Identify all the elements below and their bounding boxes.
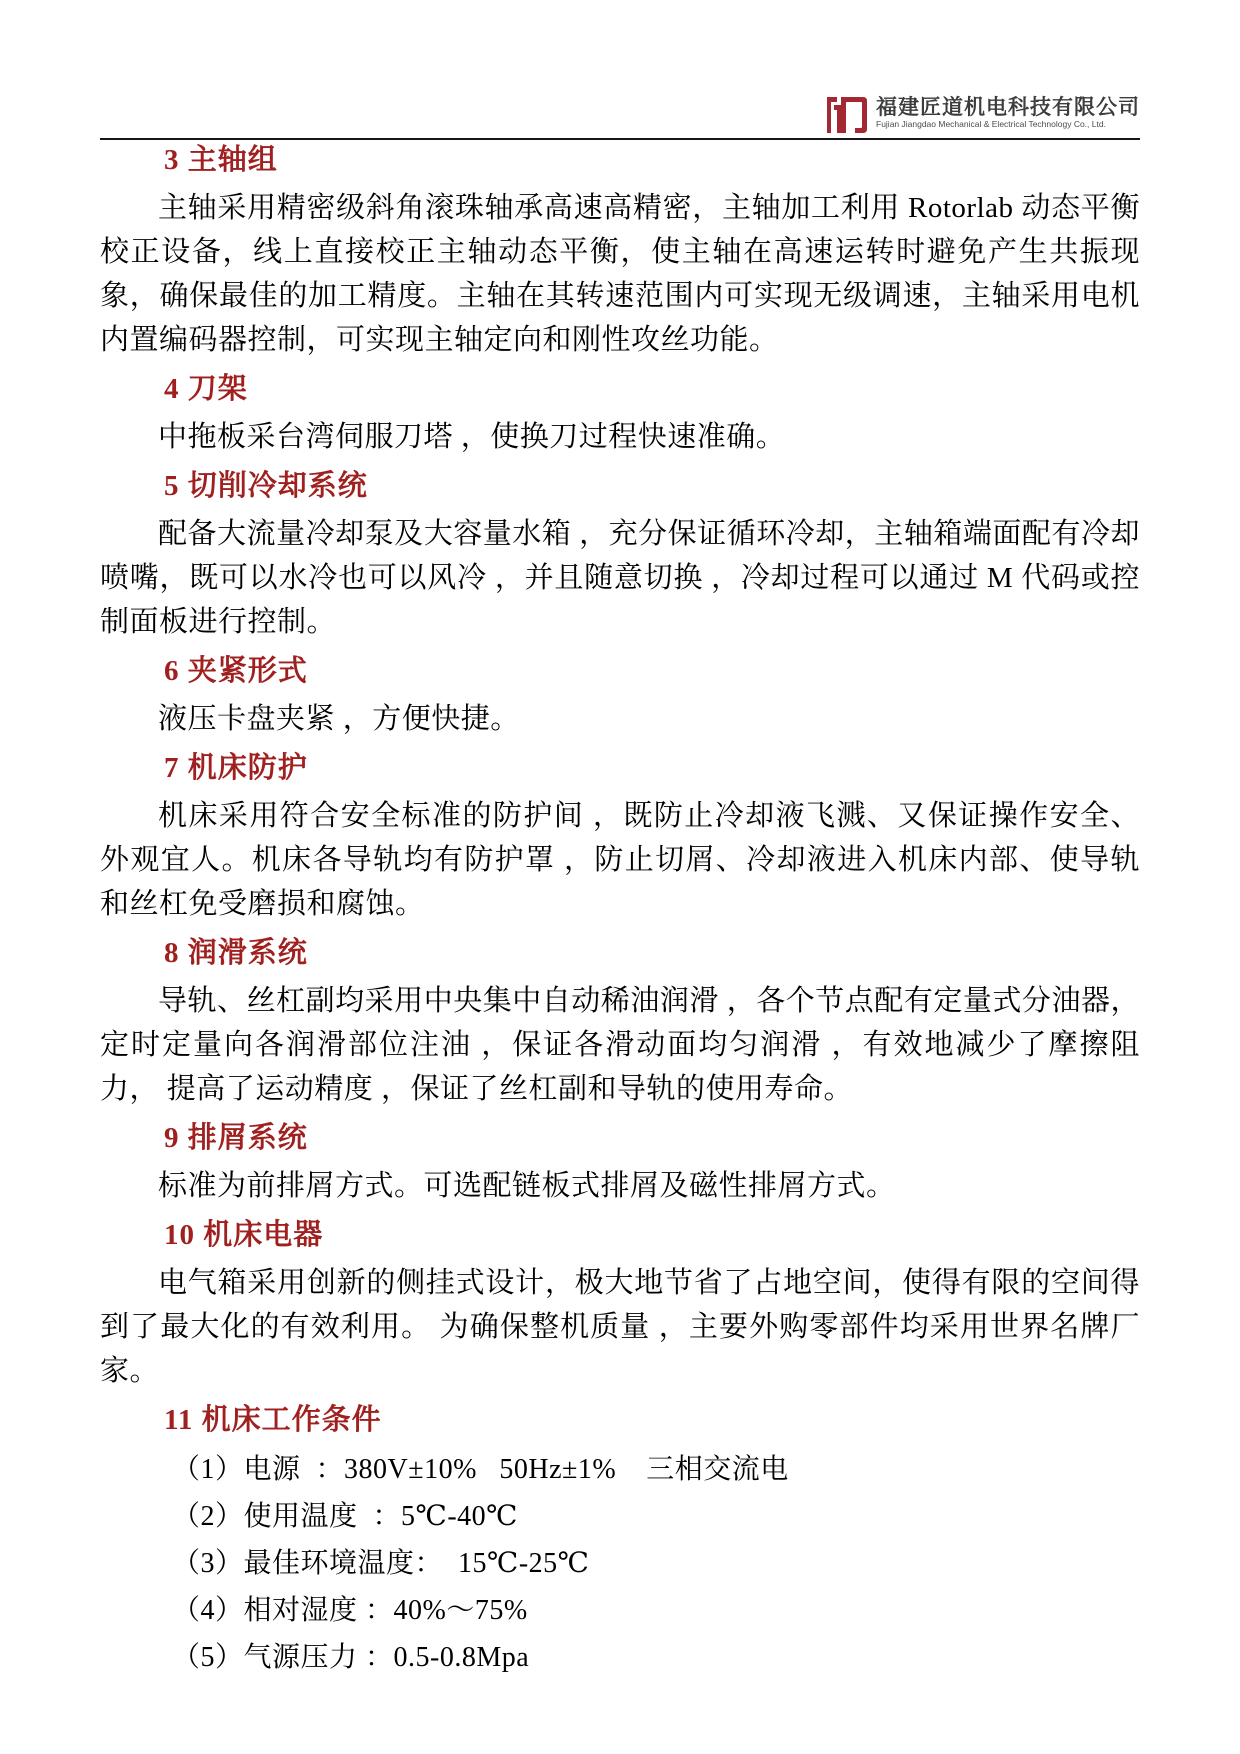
document-page: 福建匠道机电科技有限公司 Fujian Jiangdao Mechanical … <box>0 0 1240 1754</box>
section-heading: 9 排屑系统 <box>164 1123 1140 1153</box>
section-heading: 3 主轴组 <box>164 145 1140 175</box>
company-logo: 福建匠道机电科技有限公司 Fujian Jiangdao Mechanical … <box>817 93 1140 133</box>
document-body: 3 主轴组 主轴采用精密级斜角滚珠轴承高速高精密，主轴加工利用 Rotorlab… <box>100 145 1140 1681</box>
section-heading: 6 夹紧形式 <box>164 656 1140 686</box>
condition-item-best-ambient-temperature: （3）最佳环境温度： 15℃-25℃ <box>172 1540 1140 1587</box>
company-logo-text: 福建匠道机电科技有限公司 Fujian Jiangdao Mechanical … <box>876 97 1140 129</box>
section-7-machine-guarding: 7 机床防护 机床采用符合安全标准的防护间 ，既防止冷却液飞溅、又保证操作安全、… <box>100 753 1140 926</box>
section-paragraph: 电气箱采用创新的侧挂式设计，极大地节省了占地空间，使得有限的空间得到了最大化的有… <box>100 1261 1140 1393</box>
section-9-chip-removal-system: 9 排屑系统 标准为前排屑方式。可选配链板式排屑及磁性排屑方式。 <box>100 1123 1140 1208</box>
section-paragraph: 机床采用符合安全标准的防护间 ，既防止冷却液飞溅、又保证操作安全、 外观宜人。机… <box>100 794 1140 926</box>
company-name-en: Fujian Jiangdao Mechanical & Electrical … <box>876 120 1140 129</box>
section-heading: 10 机床电器 <box>164 1220 1140 1250</box>
condition-item-operating-temperature: （2）使用温度 ：5℃-40℃ <box>172 1493 1140 1540</box>
section-10-machine-electrics: 10 机床电器 电气箱采用创新的侧挂式设计，极大地节省了占地空间，使得有限的空间… <box>100 1220 1140 1393</box>
section-3-spindle-group: 3 主轴组 主轴采用精密级斜角滚珠轴承高速高精密，主轴加工利用 Rotorlab… <box>100 145 1140 362</box>
section-8-lubrication-system: 8 润滑系统 导轨、丝杠副均采用中央集中自动稀油润滑 ，各个节点配有定量式分油器… <box>100 938 1140 1111</box>
condition-item-relative-humidity: （4）相对湿度 ：40%～75% <box>172 1587 1140 1634</box>
section-6-clamping-type: 6 夹紧形式 液压卡盘夹紧 ，方便快捷。 <box>100 656 1140 741</box>
section-paragraph: 中拖板采台湾伺服刀塔 ，使换刀过程快速准确。 <box>100 415 1140 459</box>
section-heading: 7 机床防护 <box>164 753 1140 783</box>
section-paragraph: 液压卡盘夹紧 ，方便快捷。 <box>100 697 1140 741</box>
section-paragraph: 标准为前排屑方式。可选配链板式排屑及磁性排屑方式。 <box>100 1164 1140 1208</box>
section-4-tool-post: 4 刀架 中拖板采台湾伺服刀塔 ，使换刀过程快速准确。 <box>100 374 1140 459</box>
section-heading: 8 润滑系统 <box>164 938 1140 968</box>
company-logo-icon <box>817 93 869 133</box>
section-paragraph: 导轨、丝杠副均采用中央集中自动稀油润滑 ，各个节点配有定量式分油器， 定时定量向… <box>100 979 1140 1111</box>
section-5-cutting-coolant-system: 5 切削冷却系统 配备大流量冷却泵及大容量水箱 ，充分保证循环冷却，主轴箱端面配… <box>100 471 1140 644</box>
section-paragraph: 主轴采用精密级斜角滚珠轴承高速高精密，主轴加工利用 Rotorlab 动态平衡校… <box>100 186 1140 362</box>
condition-item-power: （1）电源 ：380V±10% 50Hz±1% 三相交流电 <box>172 1446 1140 1493</box>
company-name-cn: 福建匠道机电科技有限公司 <box>876 97 1140 118</box>
condition-item-air-pressure: （5）气源压力 ：0.5-0.8Mpa <box>172 1634 1140 1681</box>
section-heading: 5 切削冷却系统 <box>164 471 1140 501</box>
section-11-working-conditions: 11 机床工作条件 （1）电源 ：380V±10% 50Hz±1% 三相交流电 … <box>100 1405 1140 1681</box>
section-heading: 11 机床工作条件 <box>164 1405 1140 1435</box>
page-header: 福建匠道机电科技有限公司 Fujian Jiangdao Mechanical … <box>100 94 1140 140</box>
section-heading: 4 刀架 <box>164 374 1140 404</box>
section-paragraph: 配备大流量冷却泵及大容量水箱 ，充分保证循环冷却，主轴箱端面配有冷却喷嘴，既可以… <box>100 512 1140 644</box>
working-conditions-list: （1）电源 ：380V±10% 50Hz±1% 三相交流电 （2）使用温度 ：5… <box>172 1446 1140 1681</box>
